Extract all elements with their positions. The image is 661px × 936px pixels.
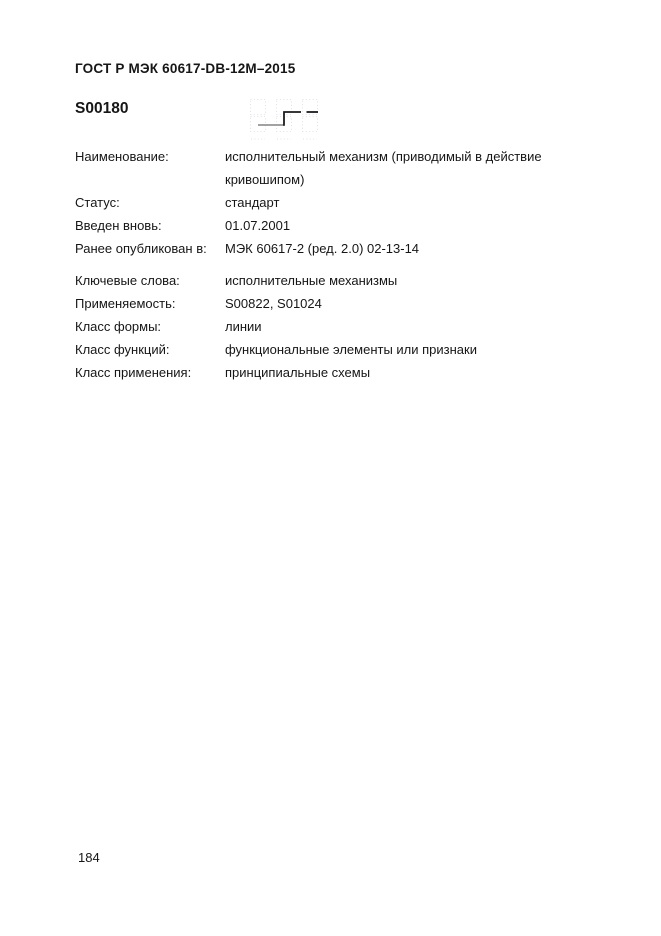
field-value: 01.07.2001 [225,214,563,237]
field-group-classification: Ключевые слова: исполнительные механизмы… [75,269,570,384]
field-value: исполнительные механизмы [225,269,563,292]
field-label: Применяемость: [75,292,225,315]
crank-symbol-icon [246,95,324,143]
field-label: Ранее опубликован в: [75,237,225,260]
document-page: ГОСТ Р МЭК 60617-DB-12M–2015 S00180 [0,0,661,936]
field-row-applicability: Применяемость: S00822, S01024 [75,292,570,315]
symbol-crank-step [284,112,301,126]
symbol-entry-id: S00180 [75,100,128,118]
standard-title: ГОСТ Р МЭК 60617-DB-12M–2015 [75,61,295,76]
field-row-status: Статус: стандарт [75,191,570,214]
field-row-function-class: Класс функций: функциональные элементы и… [75,338,570,361]
field-label: Статус: [75,191,225,214]
field-row-application-class: Класс применения: принципиальные схемы [75,361,570,384]
field-label: Класс применения: [75,361,225,384]
field-value: исполнительный механизм (приводимый в де… [225,145,563,191]
field-row-name: Наименование: исполнительный механизм (п… [75,145,570,191]
field-group-main: Наименование: исполнительный механизм (п… [75,145,570,260]
field-value: стандарт [225,191,563,214]
attribute-table: Наименование: исполнительный механизм (п… [75,145,570,384]
field-value: МЭК 60617-2 (ред. 2.0) 02-13-14 [225,237,563,260]
field-row-reintroduced: Введен вновь: 01.07.2001 [75,214,570,237]
field-label: Наименование: [75,145,225,168]
field-value: линии [225,315,563,338]
field-label: Класс формы: [75,315,225,338]
field-row-shape-class: Класс формы: линии [75,315,570,338]
field-label: Класс функций: [75,338,225,361]
field-value: S00822, S01024 [225,292,563,315]
page-number: 184 [78,850,100,865]
field-label: Ключевые слова: [75,269,225,292]
field-value: функциональные элементы или признаки [225,338,563,361]
symbol-figure [246,95,324,143]
field-value: принципиальные схемы [225,361,563,384]
field-row-keywords: Ключевые слова: исполнительные механизмы [75,269,570,292]
field-label: Введен вновь: [75,214,225,237]
field-row-previously-published: Ранее опубликован в: МЭК 60617-2 (ред. 2… [75,237,570,260]
